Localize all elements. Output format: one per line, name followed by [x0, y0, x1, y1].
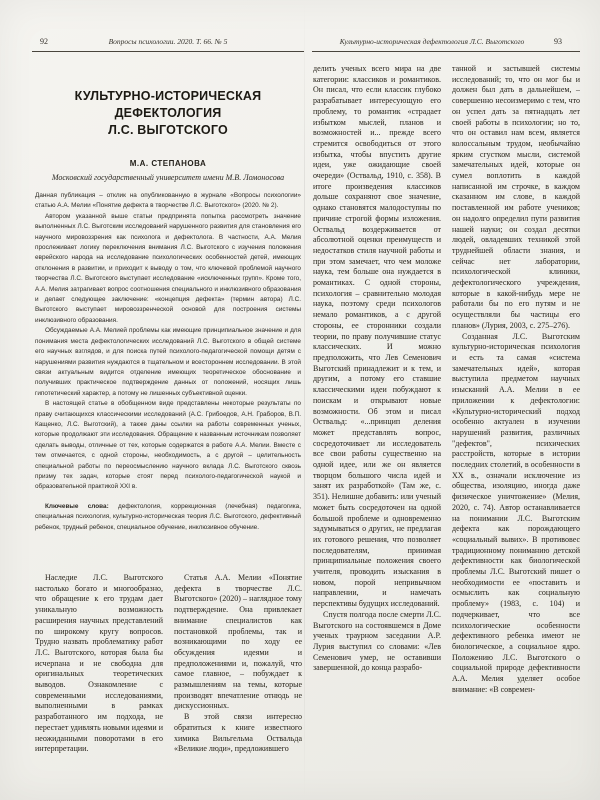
- header-rule-left: [32, 51, 304, 52]
- body-columns-page-92: Наследие Л.С. Выготского настолько богат…: [35, 573, 302, 788]
- body-columns-page-93: делить ученых всего мира на две категори…: [313, 64, 580, 786]
- body-paragraph: Спустя полгода после смерти Л.С. Выготск…: [313, 610, 441, 674]
- page-92-column-1: Наследие Л.С. Выготского настолько богат…: [35, 573, 163, 788]
- article-title: КУЛЬТУРНО-ИСТОРИЧЕСКАЯ ДЕФЕКТОЛОГИЯ Л.С.…: [32, 88, 304, 139]
- abstract-paragraph: Обсуждаемые А.А. Мелией проблемы как име…: [35, 326, 301, 399]
- author-name: М.А. СТЕПАНОВА: [32, 159, 304, 168]
- body-paragraph: Созданная Л.С. Выготским культурно-истор…: [452, 332, 580, 696]
- body-paragraph: Статья А.А. Мелии «Понятие дефекта в тво…: [174, 573, 302, 712]
- author-affiliation: Московский государственный университет и…: [32, 173, 304, 182]
- body-paragraph: танной и застывшей системы исследований;…: [452, 64, 580, 332]
- article-title-line2: Л.С. ВЫГОТСКОГО: [108, 123, 228, 137]
- running-head-left: Вопросы психологии. 2020. Т. 66. № 5: [32, 37, 304, 46]
- page-93-column-1: делить ученых всего мира на две категори…: [313, 64, 441, 786]
- article-title-line1: КУЛЬТУРНО-ИСТОРИЧЕСКАЯ ДЕФЕКТОЛОГИЯ: [75, 89, 262, 120]
- running-head-right: Культурно-историческая дефектология Л.С.…: [312, 37, 552, 46]
- body-paragraph: В этой связи интересно обратиться к книг…: [174, 712, 302, 755]
- page-92-column-2: Статья А.А. Мелии «Понятие дефекта в тво…: [174, 573, 302, 788]
- body-paragraph: Наследие Л.С. Выготского настолько богат…: [35, 573, 163, 755]
- page-number-right: 93: [554, 37, 562, 46]
- keywords-label: Ключевые слова:: [45, 503, 109, 510]
- body-paragraph: делить ученых всего мира на две категори…: [313, 64, 441, 610]
- journal-spread-scan: 92 Вопросы психологии. 2020. Т. 66. № 5 …: [0, 0, 600, 800]
- page-fold-divider: [304, 0, 305, 800]
- header-rule-right: [312, 51, 580, 52]
- abstract-paragraph: Автором указанной выше статьи предпринят…: [35, 212, 301, 326]
- abstract-paragraph: Данная публикация – отклик на опубликова…: [35, 191, 301, 212]
- keywords-paragraph: Ключевые слова: дефектология, коррекцион…: [35, 502, 301, 533]
- abstract-block: Данная публикация – отклик на опубликова…: [35, 191, 301, 533]
- page-93-column-2: танной и застывшей системы исследований;…: [452, 64, 580, 786]
- abstract-paragraph: В настоящей статье в обобщенном виде пре…: [35, 399, 301, 493]
